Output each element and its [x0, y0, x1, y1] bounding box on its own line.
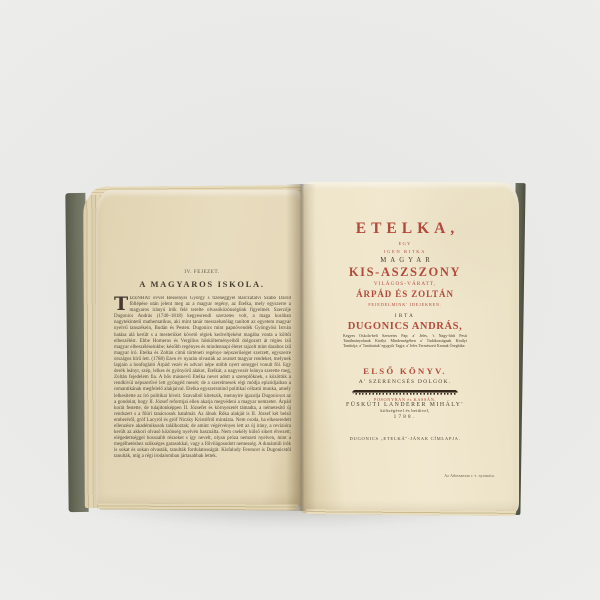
ornament-rule — [352, 390, 458, 395]
book-photo: IV. FEJEZET. A MAGYAROS ISKOLA. TIZENHAT… — [0, 0, 600, 600]
subtitle-egy: EGY — [305, 241, 505, 246]
imprint-detail: költségével és betűivel, — [305, 408, 505, 413]
subtitle-igen-ritka: IGEN RITKA — [305, 249, 505, 254]
line-arpad-es-zoltan: ÁRPÁD ÉS ZOLTÁN — [305, 289, 505, 299]
plate-caption: DUGONICS „ETELKÁ"-JÁNAK CÍMLAPJA. — [305, 436, 505, 441]
book-subtitle: A' SZERENCSÉS DOLGOK. — [305, 379, 505, 385]
title-page-column: ETELKA, EGY IGEN RITKA MAGYAR KIS-ASZSZO… — [305, 0, 505, 600]
imprint-printer: FÜSKÚTI LANDERER MIHÁLY' — [305, 402, 505, 408]
author-name: DUGONICS ANDRÁS, — [305, 321, 505, 332]
title-etelka: ETELKA, — [305, 220, 505, 238]
subtitle-magyar: MAGYAR — [305, 257, 505, 264]
imprint-year: 1788. — [305, 414, 505, 420]
printer-mark: Az Athenaeum r.-t. nyomása. — [423, 474, 495, 478]
line-fejedelmink: FEJEDELMINK' IDEJEKBEN. — [305, 302, 505, 307]
paragraph-text: IZENHAT évvel Bessenyei György s tizeneg… — [114, 296, 291, 459]
drop-cap-initial: T — [114, 296, 128, 313]
line-vilagos-varatt: VILÁGOS-VÁRATT, — [305, 281, 505, 287]
author-titles: Kegyes Oskola-beli Szerzetes Pap; a' Jel… — [343, 334, 467, 349]
body-paragraph: TIZENHAT évvel Bessenyei György s tizene… — [114, 296, 291, 462]
chapter-title: A MAGYAROS ISKOLA. — [114, 279, 290, 289]
left-page-bottom-edge — [98, 503, 298, 510]
chapter-label: IV. FEJEZET. — [114, 270, 290, 275]
book-number: ELSŐ KÖNYV. — [305, 366, 505, 376]
line-irta: IRTA — [305, 313, 505, 319]
title-kis-asszony: KIS-ASZSZONY — [305, 265, 505, 280]
